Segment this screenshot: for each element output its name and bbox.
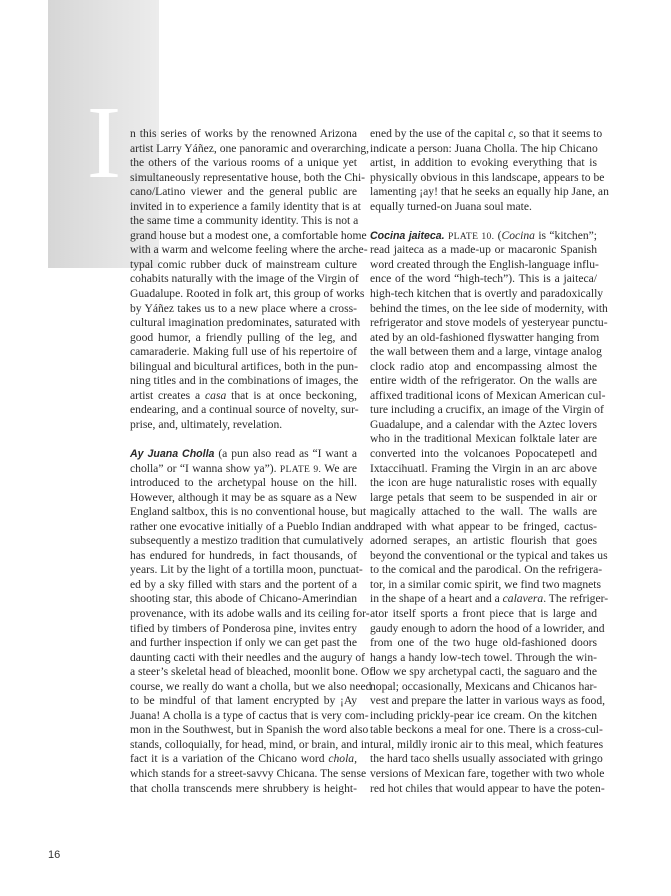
text-line: tural, mildly ironic air to this meal, w… <box>370 738 597 753</box>
page-number: 16 <box>48 849 60 861</box>
text-line: ed by a sky filled with stars and the po… <box>130 578 357 593</box>
text-line: indicate a person: Juana Cholla. The hip… <box>370 142 597 157</box>
cocina-paragraph: Cocina jaiteca. PLATE 10. (Cocina is “ki… <box>370 229 597 796</box>
text-line: artist, in addition to evoking everythin… <box>370 156 597 171</box>
text-line: tor, in a similar comic spirit, we find … <box>370 578 597 593</box>
text-span: , so that it seems to <box>513 127 602 140</box>
text-line: Juana! A cholla is a type of cactus that… <box>130 709 357 724</box>
artwork-title-heading: Cocina jaiteca. <box>370 230 445 242</box>
text-line: typal comic rubber duck of mainstream cu… <box>130 258 357 273</box>
text-line: behind the times, on the lee side of mod… <box>370 302 597 317</box>
text-line: cultural imagination predominates, satur… <box>130 316 357 331</box>
text-line: simultaneously representative house, bot… <box>130 171 357 186</box>
text-line: converted into the volcanoes Popocatepet… <box>370 447 597 462</box>
italic-term: calavera <box>503 592 544 605</box>
text-line: ated by an old-fashioned flyswatter hang… <box>370 331 597 346</box>
text-line: artist Larry Yáñez, one panoramic and ov… <box>130 142 357 157</box>
text-span: that is at once beckoning, <box>226 389 357 402</box>
text-span: We are <box>321 462 357 475</box>
text-line: with a warm and welcome feeling where th… <box>130 243 357 258</box>
text-span: in the shape of a heart and a <box>370 592 503 605</box>
text-line: magically attached to the wall. The wall… <box>370 505 597 520</box>
text-line: mon in the Southwest, but in Spanish the… <box>130 723 357 738</box>
text-line: including prickly-pear ice cream. On the… <box>370 709 597 724</box>
text-line: red hot chiles that would appear to have… <box>370 782 597 797</box>
text-line: stands, colloquially, for head, mind, or… <box>130 738 357 753</box>
text-line: to be mindful of that lament encrypted b… <box>130 694 357 709</box>
text-line: versions of Mexican fare, together with … <box>370 767 597 782</box>
italic-term: chola, <box>328 752 357 765</box>
text-line: adorned serapes, an artistic flourish th… <box>370 534 597 549</box>
text-line: ence of the word “high-tech”). This is a… <box>370 272 597 287</box>
text-line: Ixtaccihuatl. Framing the Virgin in an a… <box>370 462 597 477</box>
text-line: beyond the conventional or the typical a… <box>370 549 597 564</box>
text-line: artist creates a casa that is at once be… <box>130 389 357 404</box>
text-line: camaraderie. Making full use of his repe… <box>130 345 357 360</box>
text-line: from one of the two huge old-fashioned d… <box>370 636 597 651</box>
text-line: grand house but a modest one, a comforta… <box>130 229 357 244</box>
text-line: invited in to experience a family identi… <box>130 200 357 215</box>
drop-cap: I <box>84 103 124 183</box>
text-line: which stands for a street-savvy Chicana.… <box>130 767 357 782</box>
text-line: lamenting ¡ay! that he seeks an equally … <box>370 185 597 200</box>
text-line: ened by the use of the capital c, so tha… <box>370 127 597 142</box>
text-line: in the shape of a heart and a calavera. … <box>370 592 597 607</box>
text-line: nopal; occasionally, Mexicans and Chican… <box>370 680 597 695</box>
text-line: vest and prepare the latter in various w… <box>370 694 597 709</box>
text-line: cano/Latino viewer and the general publi… <box>130 185 357 200</box>
text-line: the hard taco shells usually associated … <box>370 752 597 767</box>
text-line: prise, and, ultimately, revelation. <box>130 418 357 433</box>
text-line: dow we spy archetypal cacti, the saguaro… <box>370 665 597 680</box>
text-line: However, although it may be as square as… <box>130 491 357 506</box>
text-line: n this series of works by the renowned A… <box>130 127 357 142</box>
text-line: cohabits naturally with the image of the… <box>130 272 357 287</box>
text-line: introduced to the archetypal house on th… <box>130 476 357 491</box>
text-line: high-tech kitchen that is overtly and pa… <box>370 287 597 302</box>
text-span: fact it is a variation of the Chicano wo… <box>130 752 328 765</box>
text-span: cholla” or “I wanna show ya”). <box>130 462 280 475</box>
text-span: (a pun also read as “I want a <box>214 447 357 460</box>
text-line: who in the traditional Mexican folktale … <box>370 432 597 447</box>
text-line: the same time a community identity. This… <box>130 214 357 229</box>
text-line: table beckons a meal for one. There is a… <box>370 723 597 738</box>
text-line: affixed traditional icons of Mexican Ame… <box>370 389 597 404</box>
text-line: the icon are huge naturalistic roses wit… <box>370 476 597 491</box>
text-line: cholla” or “I wanna show ya”). PLATE 9. … <box>130 462 357 477</box>
text-line: a steer’s skeletal head of bleached, moo… <box>130 665 357 680</box>
intro-paragraph: n this series of works by the renowned A… <box>130 127 357 432</box>
plate-reference: PLATE 10. <box>448 231 494 242</box>
text-line: and further inspection if only we can ge… <box>130 636 357 651</box>
text-line: good humor, a friendly pulling of the le… <box>130 331 357 346</box>
text-line: ture including a crucifix, an image of t… <box>370 403 597 418</box>
text-line: England saltbox, this is no conventional… <box>130 505 357 520</box>
text-line: bilingual and bicultural artifices, both… <box>130 360 357 375</box>
text-line: equally turned-on Juana soul mate. <box>370 200 597 215</box>
text-span: . The refriger- <box>543 592 608 605</box>
text-line: large petals that seem to be suspended i… <box>370 491 597 506</box>
text-line: rather one evocative initially of a Pueb… <box>130 520 357 535</box>
italic-term: casa <box>205 389 226 402</box>
text-line: subsequently a mestizo tradition that cu… <box>130 534 357 549</box>
text-line: that cholla transcends mere shrubbery is… <box>130 782 357 797</box>
text-line: gaudy enough to adorn the hood of a lowr… <box>370 622 597 637</box>
italic-term: Cocina <box>501 229 535 242</box>
text-line: Guadalupe. Rooted in folk art, this grou… <box>130 287 357 302</box>
artwork-title-heading: Ay Juana Cholla <box>130 448 214 460</box>
text-line: years. Lit by the light of a tortilla mo… <box>130 563 357 578</box>
text-line: by Yáñez takes us to a new place where a… <box>130 302 357 317</box>
text-line: refrigerator and stove models of yestery… <box>370 316 597 331</box>
text-line: course, we really do want a cholla, but … <box>130 680 357 695</box>
text-line: word created through the English-languag… <box>370 258 597 273</box>
text-line: the others of the various rooms of a uni… <box>130 156 357 171</box>
text-line: read jaiteca as a made-up or macaronic S… <box>370 243 597 258</box>
cholla-continuation-paragraph: ened by the use of the capital c, so tha… <box>370 127 597 214</box>
text-line: ator itself sports a front piece that is… <box>370 607 597 622</box>
text-line: tified by timbers of Ponderosa pine, inv… <box>130 622 357 637</box>
text-line: Ay Juana Cholla (a pun also read as “I w… <box>130 447 357 462</box>
text-line: entire width of the refrigerator. On the… <box>370 374 597 389</box>
text-line: the wall between them and a large, vinta… <box>370 345 597 360</box>
text-line: clock radio atop and encompassing almost… <box>370 360 597 375</box>
plate-reference: PLATE 9. <box>280 464 321 475</box>
book-page: I n this series of works by the renowned… <box>0 0 671 896</box>
text-span: is “kitchen”; <box>535 229 597 242</box>
left-column: n this series of works by the renowned A… <box>130 127 357 796</box>
text-line: hangs a handy low-tech towel. Through th… <box>370 651 597 666</box>
text-line: endearing, and a continual source of nov… <box>130 403 357 418</box>
text-span: ened by the use of the capital <box>370 127 508 140</box>
text-line: has endured for hundreds, in fact thousa… <box>130 549 357 564</box>
text-line: fact it is a variation of the Chicano wo… <box>130 752 357 767</box>
text-line: shooting star, this abode of Chicano-Ame… <box>130 592 357 607</box>
text-line: daunting cacti with their needles and th… <box>130 651 357 666</box>
text-line: draped with what appear to be fringed, c… <box>370 520 597 535</box>
text-line: Guadalupe, and a calendar with the Aztec… <box>370 418 597 433</box>
text-line: provenance, with its adobe walls and its… <box>130 607 357 622</box>
text-line: Cocina jaiteca. PLATE 10. (Cocina is “ki… <box>370 229 597 244</box>
text-line: ning titles and in the combinations of i… <box>130 374 357 389</box>
text-line: physically obvious in this landscape, ap… <box>370 171 597 186</box>
text-span: artist creates a <box>130 389 205 402</box>
right-column: ened by the use of the capital c, so tha… <box>370 127 597 796</box>
cholla-paragraph: Ay Juana Cholla (a pun also read as “I w… <box>130 447 357 796</box>
text-line: to the comical and the parodical. On the… <box>370 563 597 578</box>
